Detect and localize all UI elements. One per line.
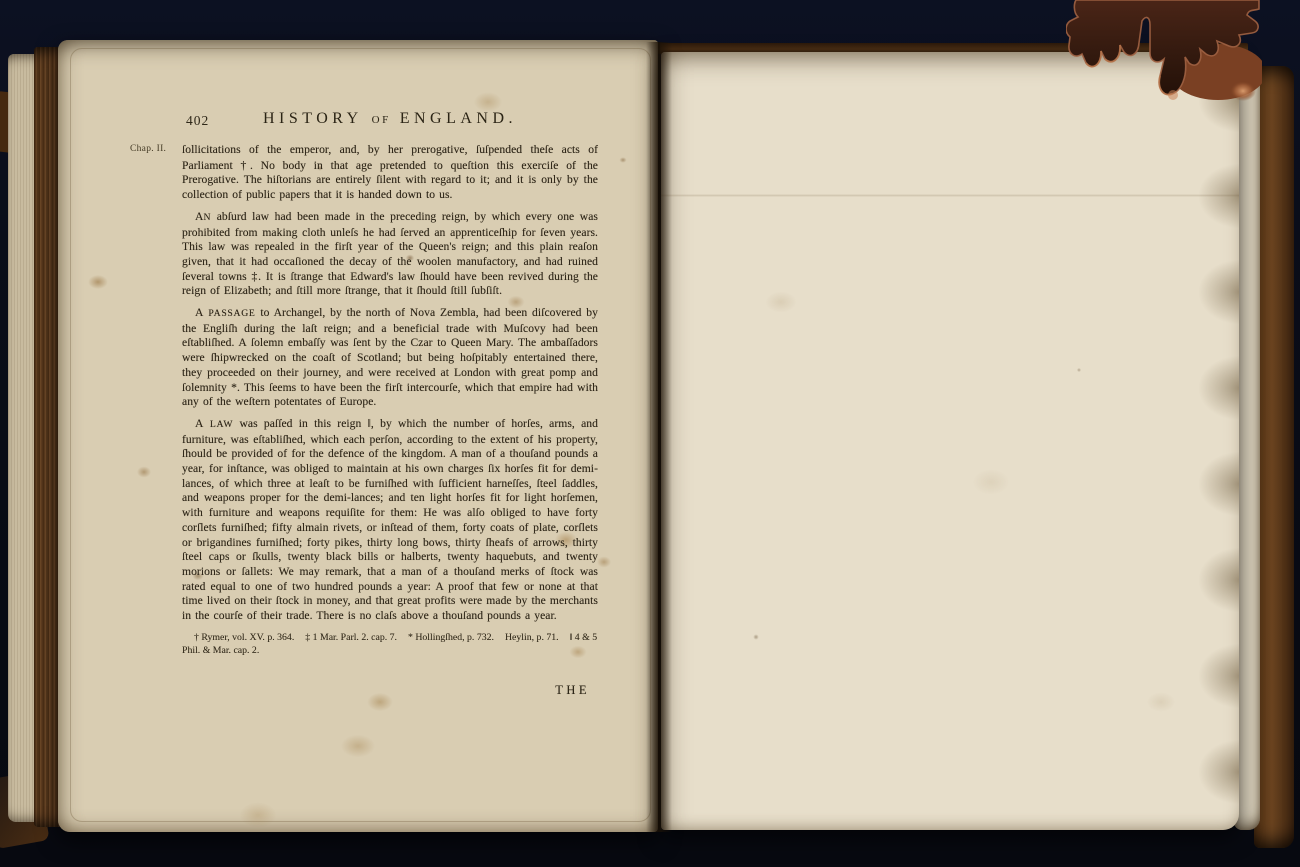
foxing-stains-overlay	[661, 52, 1239, 830]
chapter-margin-note: Chap. II.	[130, 144, 166, 154]
catchword: THE	[182, 683, 598, 698]
running-title-word3: ENGLAND.	[400, 110, 517, 127]
body-text: ſollicitations of the emperor, and, by h…	[182, 143, 598, 624]
body-paragraph: AN abſurd law had been made in the prece…	[182, 210, 598, 299]
right-page	[661, 52, 1239, 830]
body-paragraph: A PASSAGE to Archangel, by the north of …	[182, 306, 598, 410]
footnote: * Hollingſhed, p. 732.	[408, 632, 494, 643]
body-paragraph: A LAW was paſſed in this reign ‖, by whi…	[182, 417, 598, 624]
left-page-content: 402 HISTORYOFENGLAND. ſollicitations of …	[182, 110, 598, 698]
page-number: 402	[186, 113, 209, 129]
running-title-word1: HISTORY	[263, 110, 363, 127]
footnote: ‡ 1 Mar. Parl. 2. cap. 7.	[305, 632, 397, 643]
footnote: † Rymer, vol. XV. p. 364.	[194, 632, 294, 643]
footnotes: † Rymer, vol. XV. p. 364.‡ 1 Mar. Parl. …	[182, 631, 598, 658]
left-page: Chap. II. 402 HISTORYOFENGLAND. ſollicit…	[58, 40, 658, 832]
gutter-shadow	[646, 42, 672, 832]
photo-background: { "colors": { "background": "#0a0d19", "…	[0, 0, 1300, 867]
page-crease	[661, 194, 1239, 197]
moose-bookmark-clip-icon	[1066, 0, 1262, 112]
footnote: Heylin, p. 71.	[505, 632, 559, 643]
running-title: HISTORYOFENGLAND.	[182, 110, 598, 128]
leather-cover-right	[1254, 66, 1294, 848]
running-title-word2: OF	[372, 114, 391, 126]
page-header: 402 HISTORYOFENGLAND.	[182, 110, 598, 134]
body-paragraph: ſollicitations of the emperor, and, by h…	[182, 143, 598, 203]
page-edge-curl-shadows	[1175, 52, 1239, 830]
